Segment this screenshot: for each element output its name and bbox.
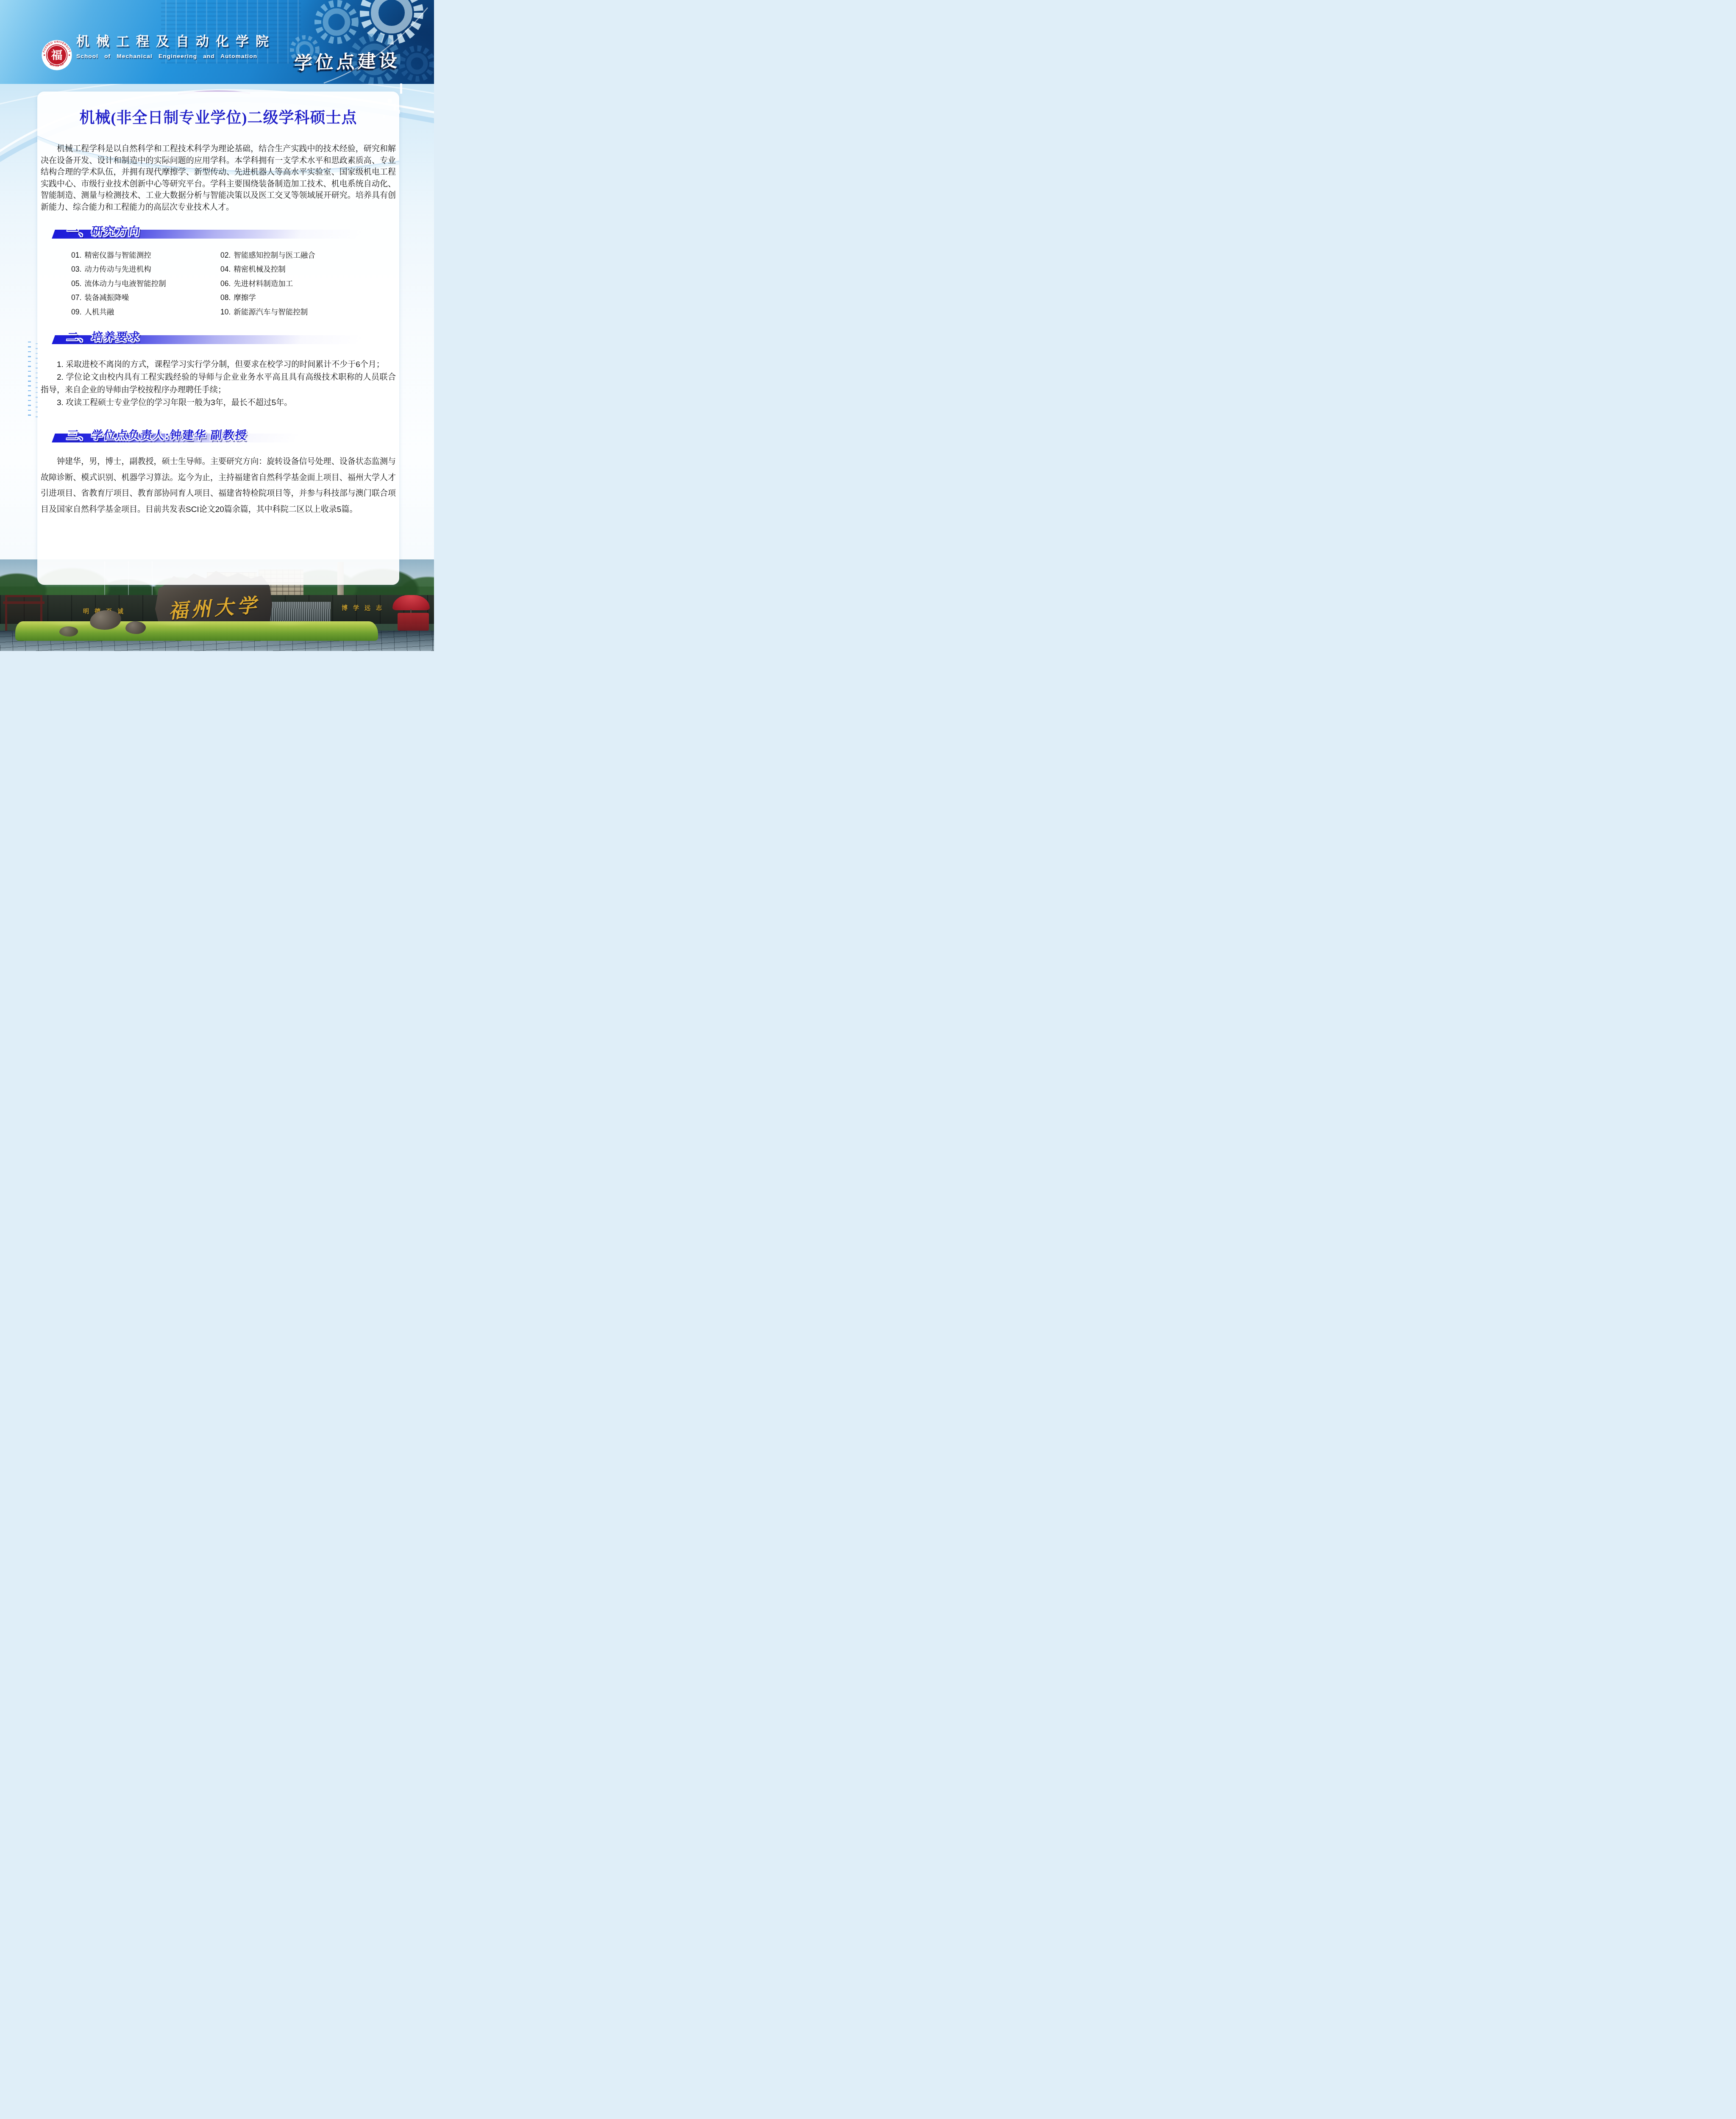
list-item: 04.精密机械及控制 — [220, 262, 393, 276]
requirement-item: 2. 学位论文由校内具有工程实践经验的导师与企业业务水平高且具有高级技术职称的人… — [41, 371, 396, 397]
list-item: 03.动力传动与先进机构 — [71, 262, 220, 276]
poster-page: 福 FUZHOU UNIVERSITY 福州 1958 大学 机械工程及自动化学… — [0, 0, 434, 651]
requirement-item: 3. 攻读工程硕士专业学位的学习年限一般为3年，最长不超过5年。 — [41, 397, 396, 409]
school-name-en: School of Mechanical Engineering and Aut… — [76, 53, 297, 59]
section-heading-label: 三、学位点负责人:钟建华 副教授 — [66, 426, 248, 442]
list-item: 05.流体动力与电液智能控制 — [71, 277, 220, 291]
logo-center-glyph: 福 — [51, 49, 63, 61]
section-heading-label: 一、研究方向 — [66, 222, 142, 239]
university-logo: 福 FUZHOU UNIVERSITY 福州 1958 大学 — [42, 40, 72, 70]
list-item: 02.智能感知控制与医工融合 — [220, 248, 393, 262]
requirement-item: 1. 采取进校不离岗的方式，课程学习实行学分制，但要求在校学习的时间累计不少于6… — [41, 359, 396, 371]
header-banner: 福 FUZHOU UNIVERSITY 福州 1958 大学 机械工程及自动化学… — [0, 0, 434, 84]
list-item: 06.先进材料制造加工 — [220, 277, 393, 291]
list-item: 09.人机共融 — [71, 305, 220, 319]
section-heading-label: 二、培养要求 — [66, 328, 142, 344]
deco-square — [388, 99, 392, 103]
requirements-block: 1. 采取进校不离岗的方式，课程学习实行学分制，但要求在校学习的时间累计不少于6… — [41, 359, 396, 409]
gear-icon — [318, 3, 355, 41]
deco-square — [394, 104, 396, 110]
intro-paragraph: 机械工程学科是以自然科学和工程技术科学为理论基础，结合生产实践中的技术经验，研究… — [41, 143, 396, 213]
dotted-edge-pattern — [36, 343, 38, 419]
section-heading-leader: 三、学位点负责人:钟建华 副教授 — [37, 426, 399, 450]
deco-square — [383, 115, 385, 118]
school-name-block: 机械工程及自动化学院 School of Mechanical Engineer… — [76, 31, 297, 59]
content-card: 机械(非全日制专业学位)二级学科硕士点 机械工程学科是以自然科学和工程技术科学为… — [37, 92, 399, 585]
research-direction-list: 01.精密仪器与智能测控 02.智能感知控制与医工融合 03.动力传动与先进机构… — [71, 248, 393, 319]
section-heading-research: 一、研究方向 — [37, 222, 399, 246]
list-item: 10.新能源汽车与智能控制 — [220, 305, 393, 319]
list-item: 07.装备减振降噪 — [71, 291, 220, 305]
school-name-cn: 机械工程及自动化学院 — [76, 31, 297, 50]
leader-bio-paragraph: 钟建华，男，博士，副教授，硕士生导师。主要研究方向：旋转设备信号处理、设备状态监… — [41, 454, 396, 517]
deco-square — [398, 110, 400, 114]
list-item: 08.摩擦学 — [220, 291, 393, 305]
deco-square — [400, 83, 402, 94]
page-title: 机械(非全日制专业学位)二级学科硕士点 — [37, 106, 399, 128]
dotted-edge-pattern — [28, 342, 31, 417]
program-banner-title: 学位点建设 — [294, 46, 422, 75]
list-item: 01.精密仪器与智能测控 — [71, 248, 220, 262]
section-heading-requirements: 二、培养要求 — [37, 328, 399, 351]
